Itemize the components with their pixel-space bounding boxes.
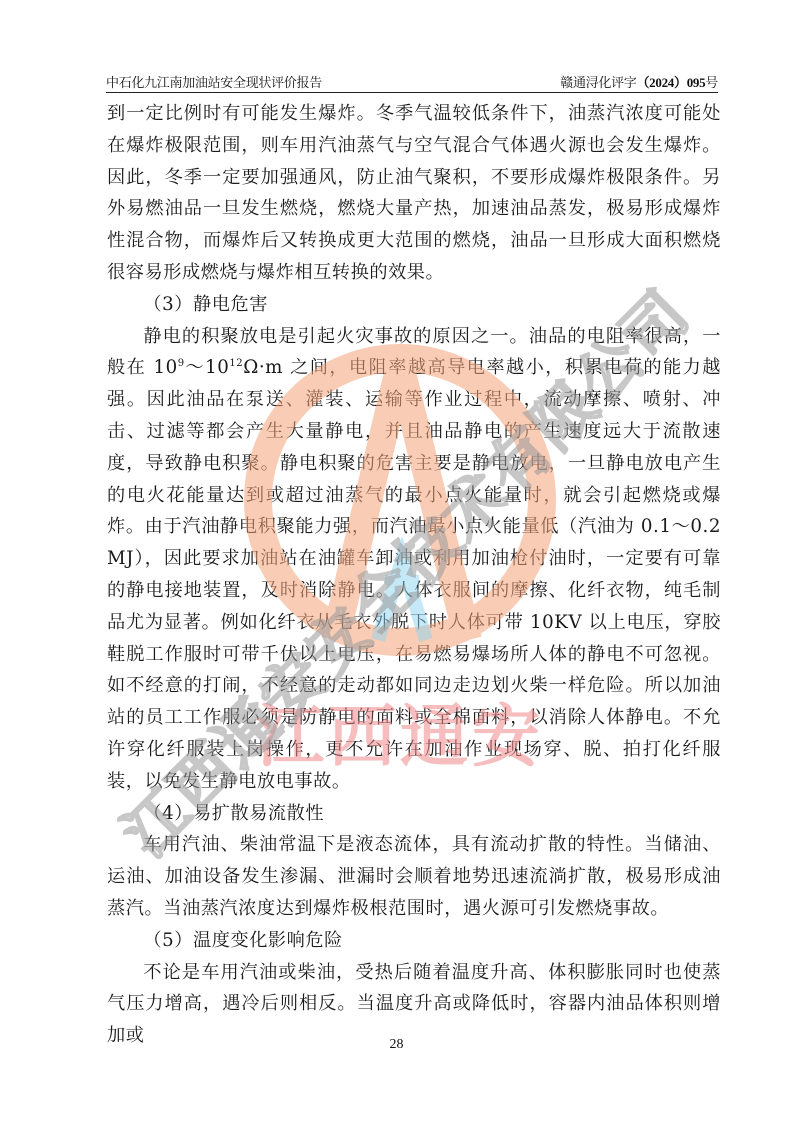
report-number-year: （2024）: [636, 75, 686, 90]
report-number-suffix: 号: [705, 76, 718, 91]
superscript: 12: [229, 358, 243, 369]
text-fragment: Ω·m 之间，电阻率越高导电率越小，积累电荷的能力越强。因此油品在泵送、灌装、运…: [107, 357, 721, 791]
body-text: 到一定比例时有可能发生爆炸。冬季气温较低条件下，油蒸汽浓度可能处在爆炸极限范围，…: [107, 98, 721, 1052]
paragraph-explosion: 到一定比例时有可能发生爆炸。冬季气温较低条件下，油蒸汽浓度可能处在爆炸极限范围，…: [107, 98, 721, 289]
paragraph-static-electricity: 静电的积聚放电是引起火灾事故的原因之一。油品的电阻率很高，一般在 109～101…: [107, 321, 721, 798]
paragraph-temperature: 不论是车用汽油或柴油，受热后随着温度升高、体积膨胀同时也使蒸气压力增高，遇冷后则…: [107, 957, 721, 1052]
section-heading-diffusion: （4）易扩散易流散性: [107, 798, 721, 830]
report-title: 中石化九江南加油站安全现状评价报告: [106, 72, 322, 91]
text-fragment: ～10: [185, 357, 230, 378]
report-number-code: 095: [687, 75, 706, 90]
document-page: 中石化九江南加油站安全现状评价报告 赣通浔化评字（2024）095号 到一定比例…: [0, 0, 793, 1122]
superscript: 9: [178, 358, 185, 369]
paragraph-diffusion: 车用汽油、柴油常温下是液态流体，具有流动扩散的特性。当储油、运油、加油设备发生渗…: [107, 829, 721, 924]
section-heading-static-hazard: （3）静电危害: [107, 289, 721, 321]
report-number-prefix: 赣通浔化评字: [560, 76, 636, 91]
section-heading-temperature: （5）温度变化影响危险: [107, 925, 721, 957]
report-number: 赣通浔化评字（2024）095号: [560, 72, 718, 91]
page-header: 中石化九江南加油站安全现状评价报告 赣通浔化评字（2024）095号: [106, 70, 718, 93]
